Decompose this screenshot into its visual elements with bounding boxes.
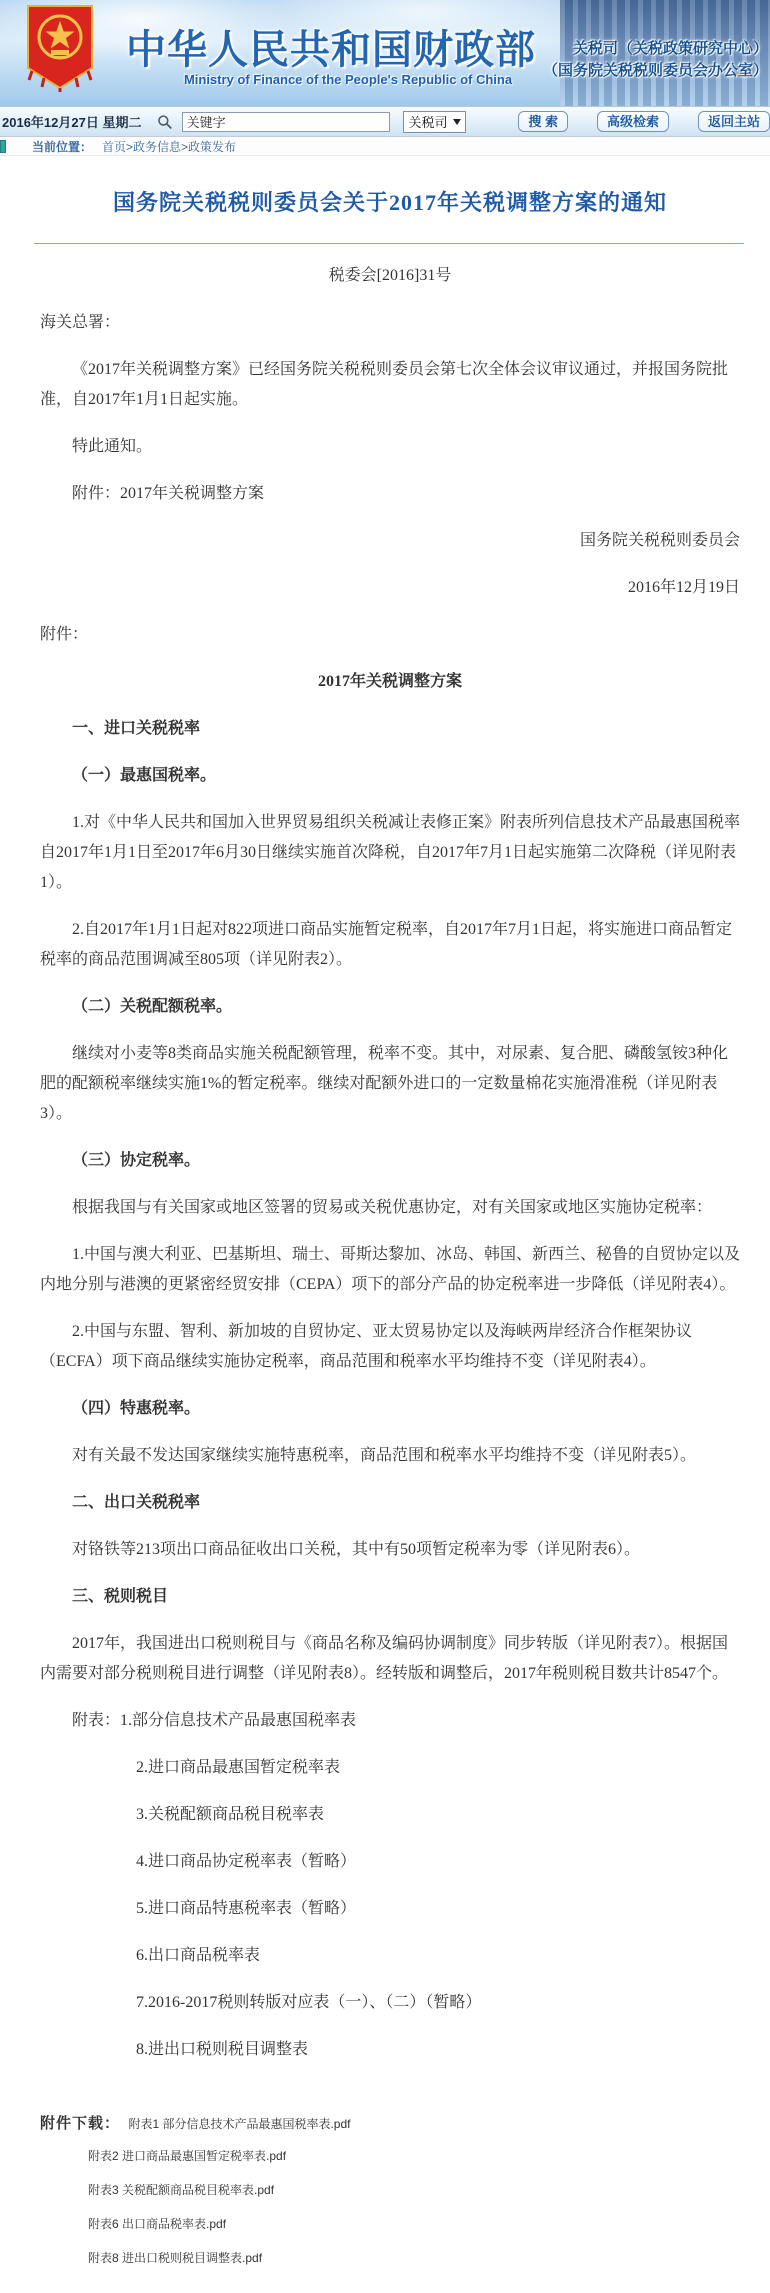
download-link-pdf[interactable]: 附表8 进出口税则税目调整表.pdf: [88, 2249, 770, 2266]
article-paragraph: 附件：2017年关税调整方案: [40, 479, 740, 509]
department-line1: 关税司（关税政策研究中心）: [543, 38, 768, 60]
subsection-heading: （一）最惠国税率。: [40, 761, 740, 791]
search-toolbar: 2016年12月27日 星期二 关税司 搜 索 高级检索 返回主站: [0, 106, 770, 137]
subsection-heading: （二）关税配额税率。: [40, 992, 740, 1022]
back-to-main-site-button[interactable]: 返回主站: [698, 111, 770, 132]
site-header: 中华人民共和国财政部 Ministry of Finance of the Pe…: [0, 0, 770, 106]
category-select[interactable]: 关税司: [403, 111, 466, 133]
advanced-search-button[interactable]: 高级检索: [597, 111, 669, 132]
chevron-down-icon: [453, 119, 461, 125]
article-paragraph: 2017年，我国进出口税则税目与《商品名称及编码协调制度》同步转版（详见附表7）…: [40, 1629, 740, 1689]
breadcrumb-marker-icon: [0, 140, 6, 153]
section-heading: 三、税则税目: [40, 1582, 740, 1612]
attachment-downloads: 附件下载： 附表1 部分信息技术产品最惠国税率表.pdf 附表2 进口商品最惠国…: [0, 2082, 770, 2293]
appendix-list-item: 4.进口商品协定税率表（暂略）: [104, 1847, 740, 1877]
article-paragraph: 特此通知。: [40, 432, 740, 462]
date-label: 2016年12月27日 星期二: [2, 112, 151, 131]
breadcrumb: 当前位置： 首页>政务信息>政策发布: [0, 137, 770, 156]
appendix-list-item: 5.进口商品特惠税率表（暂略）: [104, 1894, 740, 1924]
attachment-title: 2017年关税调整方案: [40, 667, 740, 697]
department-title: 关税司（关税政策研究中心） （国务院关税税则委员会办公室）: [543, 38, 768, 82]
article-paragraph: 继续对小麦等8类商品实施关税配额管理，税率不变。其中，对尿素、复合肥、磷酸氢铵3…: [40, 1039, 740, 1129]
article-paragraph: 1.对《中华人民共和国加入世界贸易组织关税减让表修正案》附表所列信息技术产品最惠…: [40, 808, 740, 898]
article-paragraph: 1.中国与澳大利亚、巴基斯坦、瑞士、哥斯达黎加、冰岛、韩国、新西兰、秘鲁的自贸协…: [40, 1240, 740, 1300]
breadcrumb-path[interactable]: 首页>政务信息>政策发布: [102, 138, 236, 155]
category-select-value: 关税司: [408, 112, 447, 131]
breadcrumb-label: 当前位置：: [32, 138, 92, 155]
downloads-label: 附件下载：: [40, 2115, 120, 2132]
article-paragraph: 2.自2017年1月1日起对822项进口商品实施暂定税率，自2017年7月1日起…: [40, 915, 740, 975]
department-line2: （国务院关税税则委员会办公室）: [543, 60, 768, 82]
subsection-heading: （三）协定税率。: [40, 1146, 740, 1176]
article-paragraph: 对有关最不发达国家继续实施特惠税率，商品范围和税率水平均维持不变（详见附表5）。: [40, 1441, 740, 1471]
signature-org: 国务院关税税则委员会: [40, 526, 740, 556]
appendix-list-item: 8.进出口税则税目调整表: [104, 2035, 740, 2065]
article-paragraph: 《2017年关税调整方案》已经国务院关税税则委员会第七次全体会议审议通过，并报国…: [40, 355, 740, 415]
notice-article: 国务院关税税则委员会关于2017年关税调整方案的通知 税委会[2016]31号 …: [0, 156, 770, 2065]
article-paragraph: 根据我国与有关国家或地区签署的贸易或关税优惠协定，对有关国家或地区实施协定税率：: [40, 1193, 740, 1223]
article-paragraph: 附件：: [40, 620, 740, 650]
download-link-pdf[interactable]: 附表3 关税配额商品税目税率表.pdf: [88, 2181, 770, 2198]
document-number: 税委会[2016]31号: [40, 261, 740, 291]
article-paragraph: 对铬铁等213项出口商品征收出口关税，其中有50项暂定税率为零（详见附表6）。: [40, 1535, 740, 1565]
section-heading: 二、出口关税税率: [40, 1488, 740, 1518]
appendix-list-item: 6.出口商品税率表: [104, 1941, 740, 1971]
page-title: 国务院关税税则委员会关于2017年关税调整方案的通知: [40, 186, 740, 217]
download-link-pdf[interactable]: 附表2 进口商品最惠国暂定税率表.pdf: [88, 2147, 770, 2164]
article-paragraph: 海关总署：: [40, 308, 740, 338]
title-divider: [34, 243, 744, 244]
signature-date: 2016年12月19日: [40, 573, 740, 603]
search-input[interactable]: [182, 112, 391, 132]
appendix-list-item: 附表：1.部分信息技术产品最惠国税率表: [40, 1706, 740, 1736]
ministry-name-en: Ministry of Finance of the People's Repu…: [148, 72, 548, 87]
download-link-pdf[interactable]: 附表1 部分信息技术产品最惠国税率表.pdf: [128, 2117, 350, 2131]
appendix-list-item: 7.2016-2017税则转版对应表（一）、（二）（暂略）: [104, 1988, 740, 2018]
appendix-list-item: 2.进口商品最惠国暂定税率表: [104, 1753, 740, 1783]
ministry-name-cn: 中华人民共和国财政部: [126, 18, 556, 75]
china-national-emblem-icon: [24, 4, 96, 92]
download-link-pdf[interactable]: 附表6 出口商品税率表.pdf: [88, 2215, 770, 2232]
appendix-list-item: 3.关税配额商品税目税率表: [104, 1800, 740, 1830]
section-heading: 一、进口关税税率: [40, 714, 740, 744]
article-paragraph: 2.中国与东盟、智利、新加坡的自贸协定、亚太贸易协定以及海峡两岸经济合作框架协议…: [40, 1317, 740, 1377]
subsection-heading: （四）特惠税率。: [40, 1394, 740, 1424]
search-button[interactable]: 搜 索: [518, 111, 568, 132]
magnifier-icon: [157, 114, 173, 130]
